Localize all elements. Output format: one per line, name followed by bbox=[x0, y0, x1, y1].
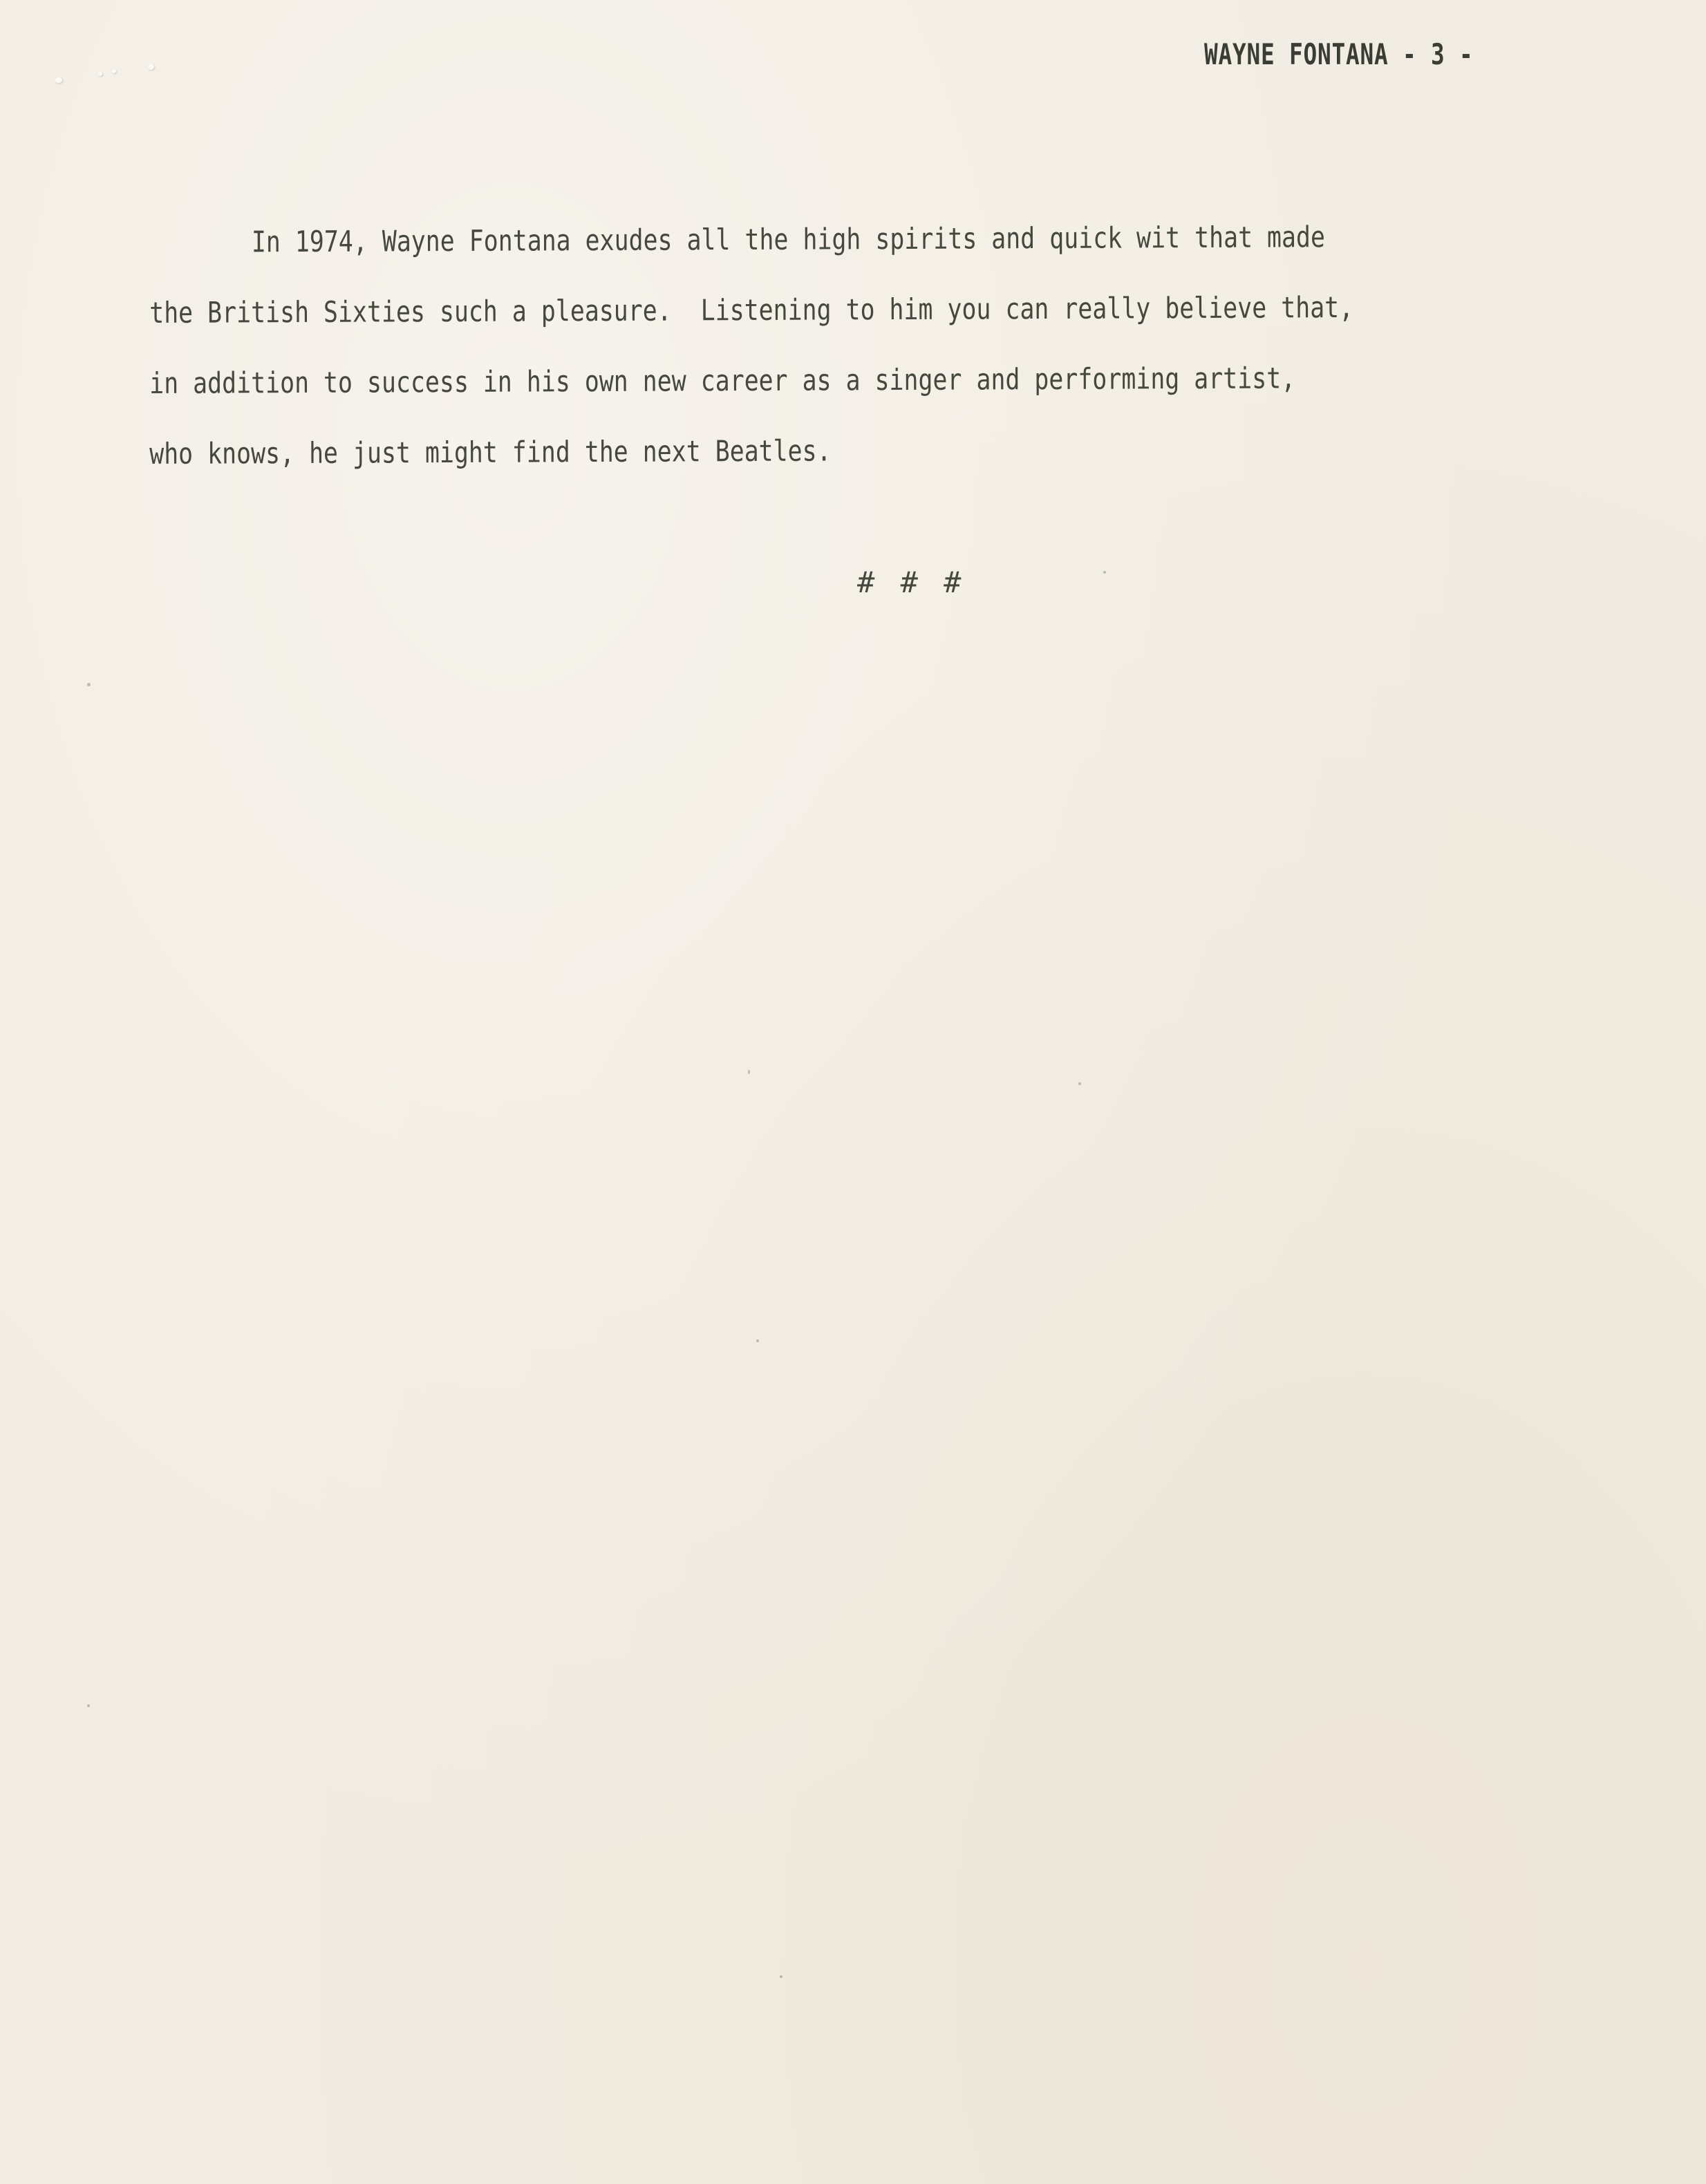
staple-mark bbox=[148, 64, 154, 70]
body-paragraph: In 1974, Wayne Fontana exudes all the hi… bbox=[149, 207, 1635, 489]
running-head: WAYNE FONTANA - 3 - bbox=[1204, 37, 1474, 71]
paper-speck bbox=[748, 1070, 750, 1074]
paper-speck bbox=[87, 683, 91, 686]
document-page: WAYNE FONTANA - 3 - In 1974, Wayne Fonta… bbox=[0, 0, 1706, 2184]
staple-mark bbox=[98, 72, 102, 76]
paragraph-line: the British Sixties such a pleasure. Lis… bbox=[149, 272, 1383, 348]
paper-speck bbox=[756, 1339, 759, 1342]
paragraph-line: who knows, he just might find the next B… bbox=[149, 413, 1383, 489]
paper-speck bbox=[1078, 1082, 1081, 1085]
end-of-document-mark: # # # bbox=[857, 565, 965, 599]
staple-mark bbox=[112, 69, 116, 73]
paper-speck bbox=[87, 1704, 90, 1707]
staple-mark bbox=[55, 77, 62, 83]
paragraph-line: in addition to success in his own new ca… bbox=[149, 343, 1383, 419]
paper-speck bbox=[1103, 571, 1106, 574]
paragraph-line: In 1974, Wayne Fontana exudes all the hi… bbox=[149, 202, 1383, 278]
paper-speck bbox=[780, 1975, 782, 1978]
